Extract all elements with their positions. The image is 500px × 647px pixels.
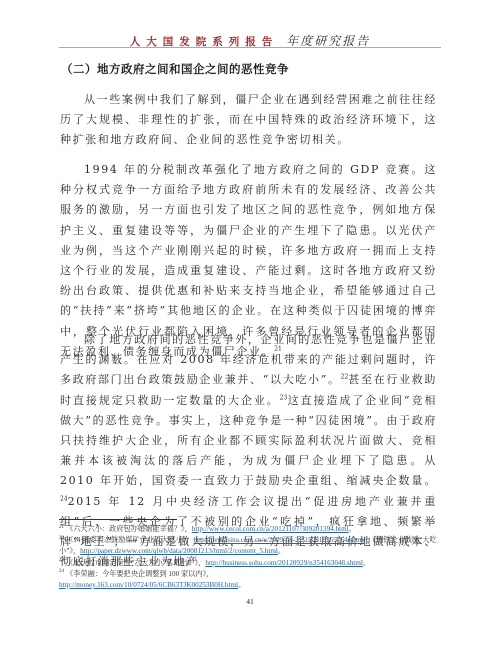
footnote-24: 24《李荣融：今年要把央企调整到 100 家以内》，http://money.1… xyxy=(59,569,444,591)
running-header: 人大国发院系列报告年度研究报告 xyxy=(59,30,441,48)
footnote-title: 《李荣融：今年要把央企调整到 100 家以内》， xyxy=(66,570,213,578)
footnote-title: 《14 部委表态鼓励煤矿企业以大吃小》， xyxy=(66,536,194,544)
paragraph-1: 从一些案例中我们了解到，僵尸企业在遇到经营困难之前往往经历了大规模、非理性的扩张… xyxy=(60,90,437,151)
paragraph-text-c: 这直接造成了企业间“竞相做大”的恶性竞争。事实上，这种竞争是一种“囚徒困境”。由… xyxy=(60,394,437,488)
footnote-23: 23《光伏救市圈定范围“六大六小”名单出炉》，http://business.s… xyxy=(59,558,444,569)
footnote-link[interactable]: http://news.sina.com.cn/c/2009-08-31/150… xyxy=(194,536,366,544)
section-heading: （二）地方政府之间和国企之间的恶性竞争 xyxy=(61,61,289,77)
footnote-22: 22《14 部委表态鼓励煤矿企业以大吃小》，http://news.sina.c… xyxy=(59,535,444,557)
paragraph-text: 从一些案例中我们了解到，僵尸企业在遇到经营困难之前往往经历了大规模、非理性的扩张… xyxy=(60,90,437,151)
footnote-title: 《光伏救市圈定范围“六大六小”名单出炉》， xyxy=(66,559,205,567)
footnote-suffix: 。 xyxy=(363,559,370,567)
report-type-label: 年度研究报告 xyxy=(286,34,370,48)
page-number: 41 xyxy=(0,597,500,606)
footnote-number: 23 xyxy=(59,558,64,563)
footnote-divider xyxy=(59,519,177,520)
footnote-link[interactable]: http://www.cecol.com.cn/a/20121107/30920… xyxy=(192,525,349,533)
header-divider xyxy=(59,47,441,48)
footnotes: 21《六大六小：政府包办婚姻能幸福？》，http://www.cecol.com… xyxy=(59,524,444,591)
footnote-title: 《六大六小：政府包办婚姻能幸福？》， xyxy=(66,525,192,533)
footnote-number: 22 xyxy=(59,536,64,541)
paragraph-text-a: 1994 年的分税制改革强化了地方政府之间的 GDP 竞赛。这种分权式竞争一方面… xyxy=(60,163,437,358)
footnote-suffix: 。 xyxy=(278,547,285,555)
footnote-link[interactable]: http://business.sohu.com/20120929/n35416… xyxy=(205,559,363,567)
footnote-suffix: 。 xyxy=(349,525,356,533)
footnote-link[interactable]: http://money.163.com/10/0724/05/6CB63TJK… xyxy=(59,581,238,589)
footnote-number: 24 xyxy=(59,569,64,574)
footnote-number: 21 xyxy=(59,525,64,530)
footnote-suffix: 。 xyxy=(238,581,245,589)
footnote-link-2[interactable]: http://paper.dzwww.com/qlwb/data/2008121… xyxy=(80,547,278,555)
footnote-21: 21《六大六小：政府包办婚姻能幸福？》，http://www.cecol.com… xyxy=(59,524,444,535)
footnote-ref-24[interactable]: 24 xyxy=(60,495,68,502)
